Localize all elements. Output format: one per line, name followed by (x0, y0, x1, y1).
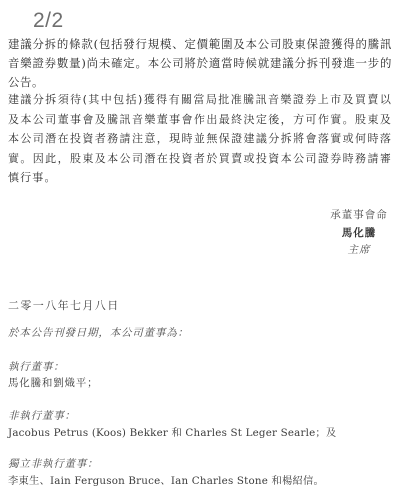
executive-directors-heading: 執行董事： (8, 359, 65, 374)
signature-title: 主席 (314, 242, 400, 257)
paragraph-conditions: 建議分拆須待(其中包括)獲得有關當局批准騰訊音樂證券上市及買賣以及本公司董事會及… (8, 90, 392, 188)
signature-name: 馬化騰 (314, 225, 400, 240)
independent-directors-heading: 獨立非執行董事： (8, 456, 98, 471)
executive-directors-list: 馬化騰和劉熾平； (8, 375, 98, 390)
non-executive-directors-heading: 非執行董事： (8, 408, 76, 423)
announcement-date: 二零一八年七月八日 (8, 297, 120, 313)
independent-directors-list: 李東生、Iain Ferguson Bruce、Ian Charles Ston… (8, 472, 324, 487)
paragraph-terms: 建議分拆的條款(包括發行規模、定價範圍及本公司股東保證獲得的騰訊音樂證券數量)尚… (8, 35, 392, 92)
page-indicator: 2/2 (33, 9, 64, 33)
signature-by-order: 承董事會命 (314, 207, 400, 222)
board-intro: 於本公告刊發日期，本公司董事為： (8, 325, 189, 340)
non-executive-directors-list: Jacobus Petrus (Koos) Bekker 和 Charles S… (8, 424, 336, 439)
